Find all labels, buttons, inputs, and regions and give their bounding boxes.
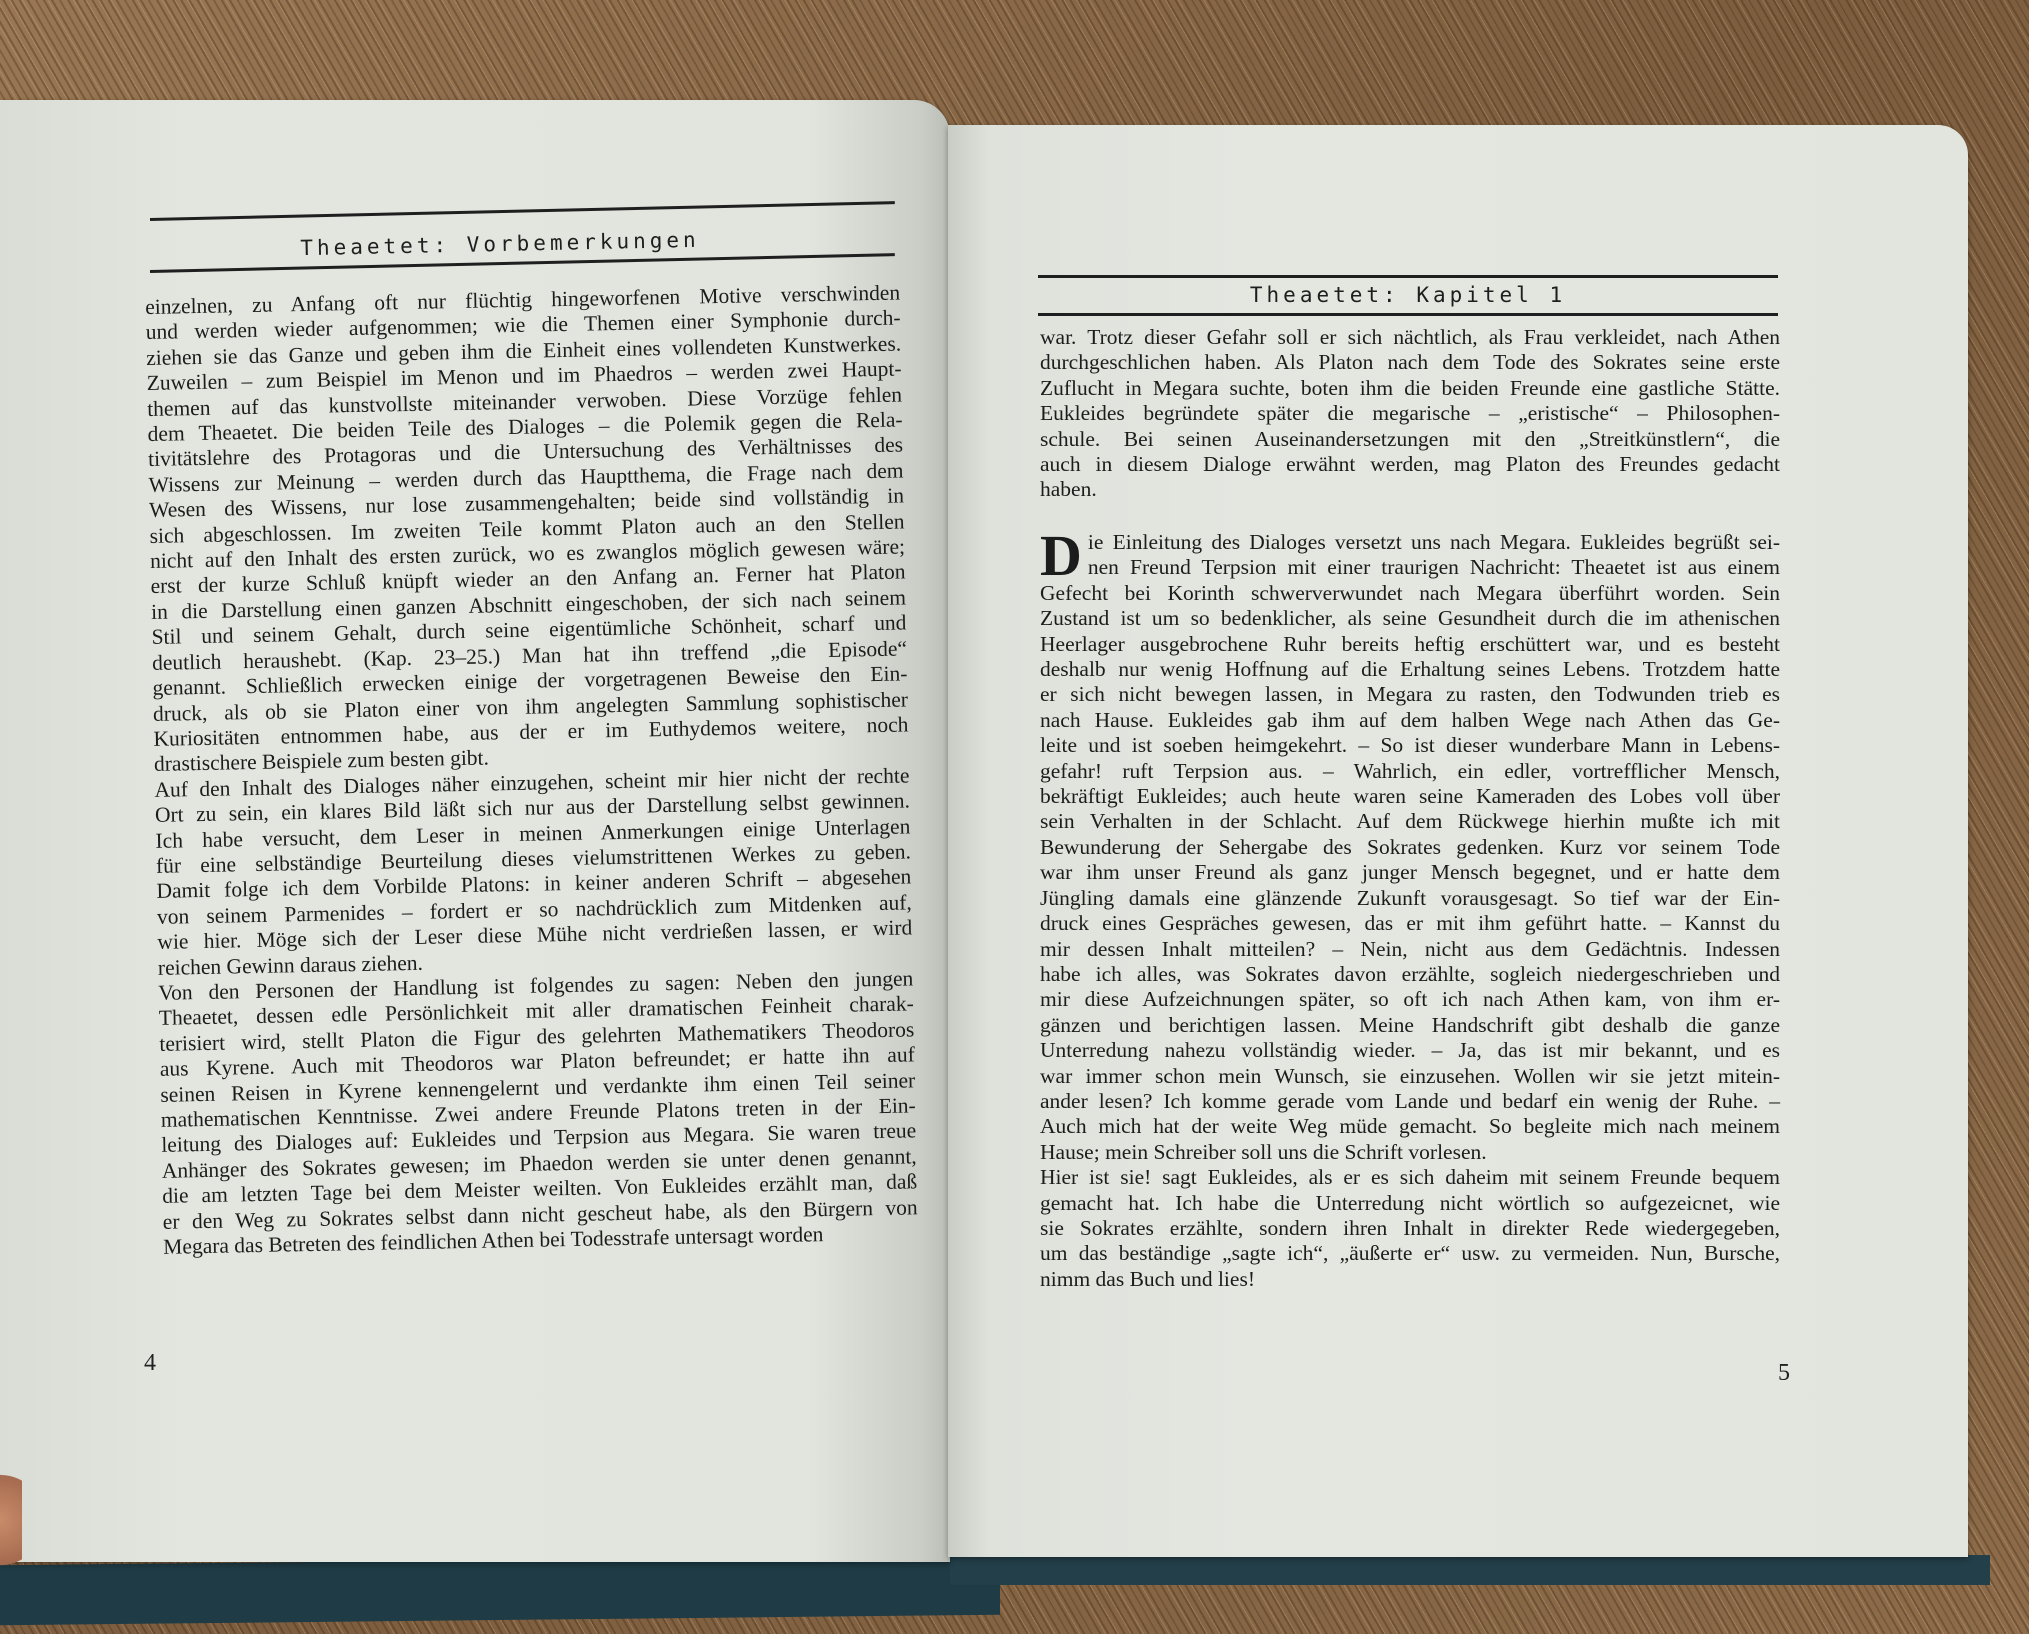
text-line: auch in diesem Dialoge erwähnt werden, m… — [1040, 452, 1780, 477]
text-line: war immer schon mein Wunsch, sie einzuse… — [1040, 1064, 1780, 1089]
book-cover-edge-right — [950, 1555, 1990, 1585]
text-line: leite und ist soeben heimgekehrt. – So i… — [1040, 733, 1780, 758]
text-line: sie Sokrates erzählte, sondern ihren Inh… — [1040, 1216, 1780, 1241]
text-line: haben. — [1040, 477, 1780, 502]
text-line: Eukleides begründete später die megarisc… — [1040, 401, 1780, 426]
text-line: gänzen und berichtigen lassen. Meine Han… — [1040, 1013, 1780, 1038]
thumb — [0, 1460, 22, 1580]
text-line: Jüngling damals eine glänzende Zukunft v… — [1040, 886, 1780, 911]
running-head: Theaetet: Kapitel 1 — [1038, 283, 1778, 307]
text-line: Bewunderung der Sehergabe des Sokrates g… — [1040, 835, 1780, 860]
text-line: Hier ist sie! sagt Eukleides, als er es … — [1040, 1165, 1780, 1190]
text-line: mir dessen Inhalt mitteilen? – Nein, nic… — [1040, 937, 1780, 962]
text-line: ie Einleitung des Dialoges versetzt uns … — [1040, 530, 1780, 555]
text-line: gefahr! ruft Terpsion aus. – Wahrlich, e… — [1040, 759, 1780, 784]
text-line: mir diese Aufzeichnungen später, so oft … — [1040, 987, 1780, 1012]
header-rule-top — [1038, 275, 1778, 278]
intro-text: war. Trotz dieser Gefahr soll er sich nä… — [1040, 325, 1780, 503]
text-line: sein Verhalten in der Schlacht. Auf dem … — [1040, 809, 1780, 834]
header-rule-top — [150, 201, 895, 221]
text-line: habe ich alles, was Sokrates davon erzäh… — [1040, 962, 1780, 987]
text-line: Zustand ist um so bedenklicher, als sein… — [1040, 606, 1780, 631]
text-line: druck eines Gespräches gewesen, das er m… — [1040, 911, 1780, 936]
text-line: nen Freund Terpsion mit einer traurigen … — [1040, 555, 1780, 580]
text-line: ander lesen? Ich komme gerade vom Lande … — [1040, 1089, 1780, 1114]
text-line: durchgeschlichen haben. Als Platon nach … — [1040, 350, 1780, 375]
chapter-text: D ie Einleitung des Dialoges versetzt un… — [1040, 530, 1780, 1292]
text-line: nach Hause. Eukleides gab ihm auf dem ha… — [1040, 708, 1780, 733]
text-line: deshalb nur wenig Hoffnung auf die Erhal… — [1040, 657, 1780, 682]
book-cover-edge-left — [0, 1555, 1000, 1625]
header-rule-bottom — [1038, 313, 1778, 316]
body-text: einzelnen, zu Anfang oft nur flüchtig hi… — [145, 281, 918, 1261]
page-number: 5 — [1778, 1360, 1790, 1387]
text-line: war ihm unser Freund als ganz junger Men… — [1040, 860, 1780, 885]
text-line: Heerlager ausgebrochene Ruhr bereits hef… — [1040, 632, 1780, 657]
text-line: gemacht hat. Ich habe die Unterredung ni… — [1040, 1191, 1780, 1216]
text-line: bekräftigt Eukleides; auch heute waren s… — [1040, 784, 1780, 809]
text-line: nimm das Buch und lies! — [1040, 1267, 1780, 1292]
right-page: Theaetet: Kapitel 1 war. Trotz dieser Ge… — [948, 125, 1968, 1557]
text-line: um das beständige „sagte ich“, „äußerte … — [1040, 1241, 1780, 1266]
text-line: Gefecht bei Korinth schwerverwundet nach… — [1040, 581, 1780, 606]
text-line: war. Trotz dieser Gefahr soll er sich nä… — [1040, 325, 1780, 350]
text-line: Unterredung nahezu vollständig wieder. –… — [1040, 1038, 1780, 1063]
text-line: Zuflucht in Megara suchte, boten ihm die… — [1040, 376, 1780, 401]
text-line: Auch mich hat der weite Weg müde gemacht… — [1040, 1114, 1780, 1139]
text-line: Hause; mein Schreiber soll uns die Schri… — [1040, 1140, 1780, 1165]
text-line: schule. Bei seinen Auseinandersetzungen … — [1040, 427, 1780, 452]
page-number: 4 — [144, 1350, 156, 1377]
drop-cap: D — [1040, 532, 1082, 580]
left-page: Theaetet: Vorbemerkungen einzelnen, zu A… — [0, 100, 950, 1562]
text-line: er sich nicht bewegen lassen, in Megara … — [1040, 682, 1780, 707]
